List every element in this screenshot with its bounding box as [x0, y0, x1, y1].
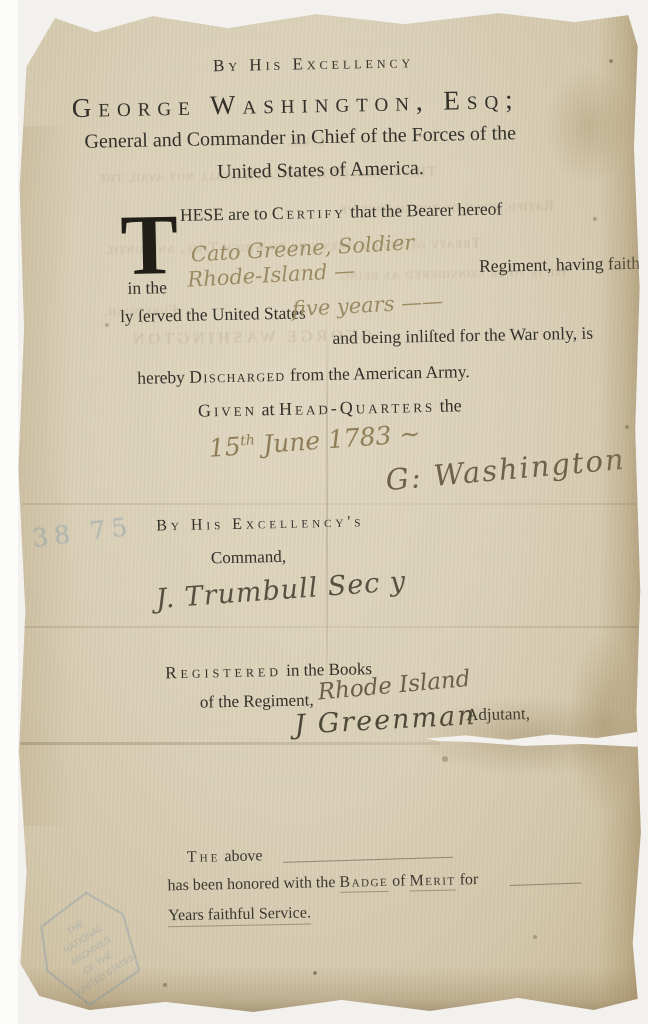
in-the-label: in the — [127, 277, 167, 299]
honored-pre: has been honored with the — [167, 874, 339, 894]
certificate-content: By His Excellency George Washington, Esq… — [4, 0, 648, 1020]
served-line: ly ſerved the United States — [120, 302, 306, 327]
washington-signature: G: Washington — [384, 442, 627, 497]
the-above-line: The above — [187, 847, 263, 867]
certify-post: that the Bearer hereof — [346, 198, 503, 221]
certify-pre: HESE are to — [180, 203, 272, 225]
header-united-states-line: United States of America. — [217, 157, 424, 184]
discharged-post: from the American Army. — [285, 361, 469, 385]
given-word: Given — [198, 399, 257, 420]
date-rest: June 1783 ∼ — [254, 419, 421, 460]
blank-years-line — [510, 883, 582, 886]
certify-line: HESE are to Certify that the Bearer here… — [180, 198, 503, 225]
greenman-signature: J Greenman — [294, 700, 478, 741]
badge-word: Badge — [339, 873, 388, 893]
registered-word: Registered — [165, 661, 282, 682]
scanner-background-strip — [0, 0, 18, 1024]
adjutant-label: Adjutant, — [466, 704, 530, 725]
dropcap-T: T — [120, 205, 179, 284]
command-by-line: By His Excellency's — [156, 513, 364, 535]
regiment-rest: Regiment, having faithful- — [479, 252, 648, 277]
years-service-line: Years faithful Service. — [168, 904, 311, 927]
the-word: The — [187, 848, 221, 866]
header-george-washington: George Washington, Esq; — [72, 84, 520, 124]
honored-line: has been honored with the Badge of Merit… — [167, 871, 478, 895]
date-day: 15 — [208, 432, 242, 463]
merit-word: Merit — [409, 872, 456, 892]
aged-paper-sheet: 1783. THE within CERTIFICATE ſhall not a… — [14, 6, 644, 1014]
handwritten-term: five years —— — [291, 289, 443, 321]
trumbull-signature: J. Trumbull Sec y — [155, 566, 407, 615]
certify-word: Certify — [272, 202, 346, 223]
enlisted-line: and being inliſted for the War only, is — [332, 323, 593, 349]
scanned-discharge-certificate: 1783. THE within CERTIFICATE ſhall not a… — [0, 0, 648, 1024]
given-line: Given at Head-Quarters the — [198, 395, 462, 421]
discharged-word: Discharged — [189, 365, 286, 387]
honored-post: for — [455, 871, 478, 888]
given-post: the — [435, 395, 462, 416]
header-commander-line: General and Commander in Chief of the Fo… — [84, 122, 516, 154]
blank-name-line — [283, 857, 453, 863]
command-word: Command, — [211, 547, 286, 569]
given-mid: at — [257, 399, 279, 419]
header-by-his-excellency: By His Excellency — [213, 52, 415, 76]
above-word: above — [220, 847, 263, 865]
discharged-line: hereby Discharged from the American Army… — [137, 361, 470, 389]
discharged-pre: hereby — [137, 367, 189, 388]
handwritten-date: 15th June 1783 ∼ — [208, 419, 421, 463]
head-quarters-word: Head-Quarters — [279, 396, 436, 419]
of-word: of — [388, 872, 410, 889]
